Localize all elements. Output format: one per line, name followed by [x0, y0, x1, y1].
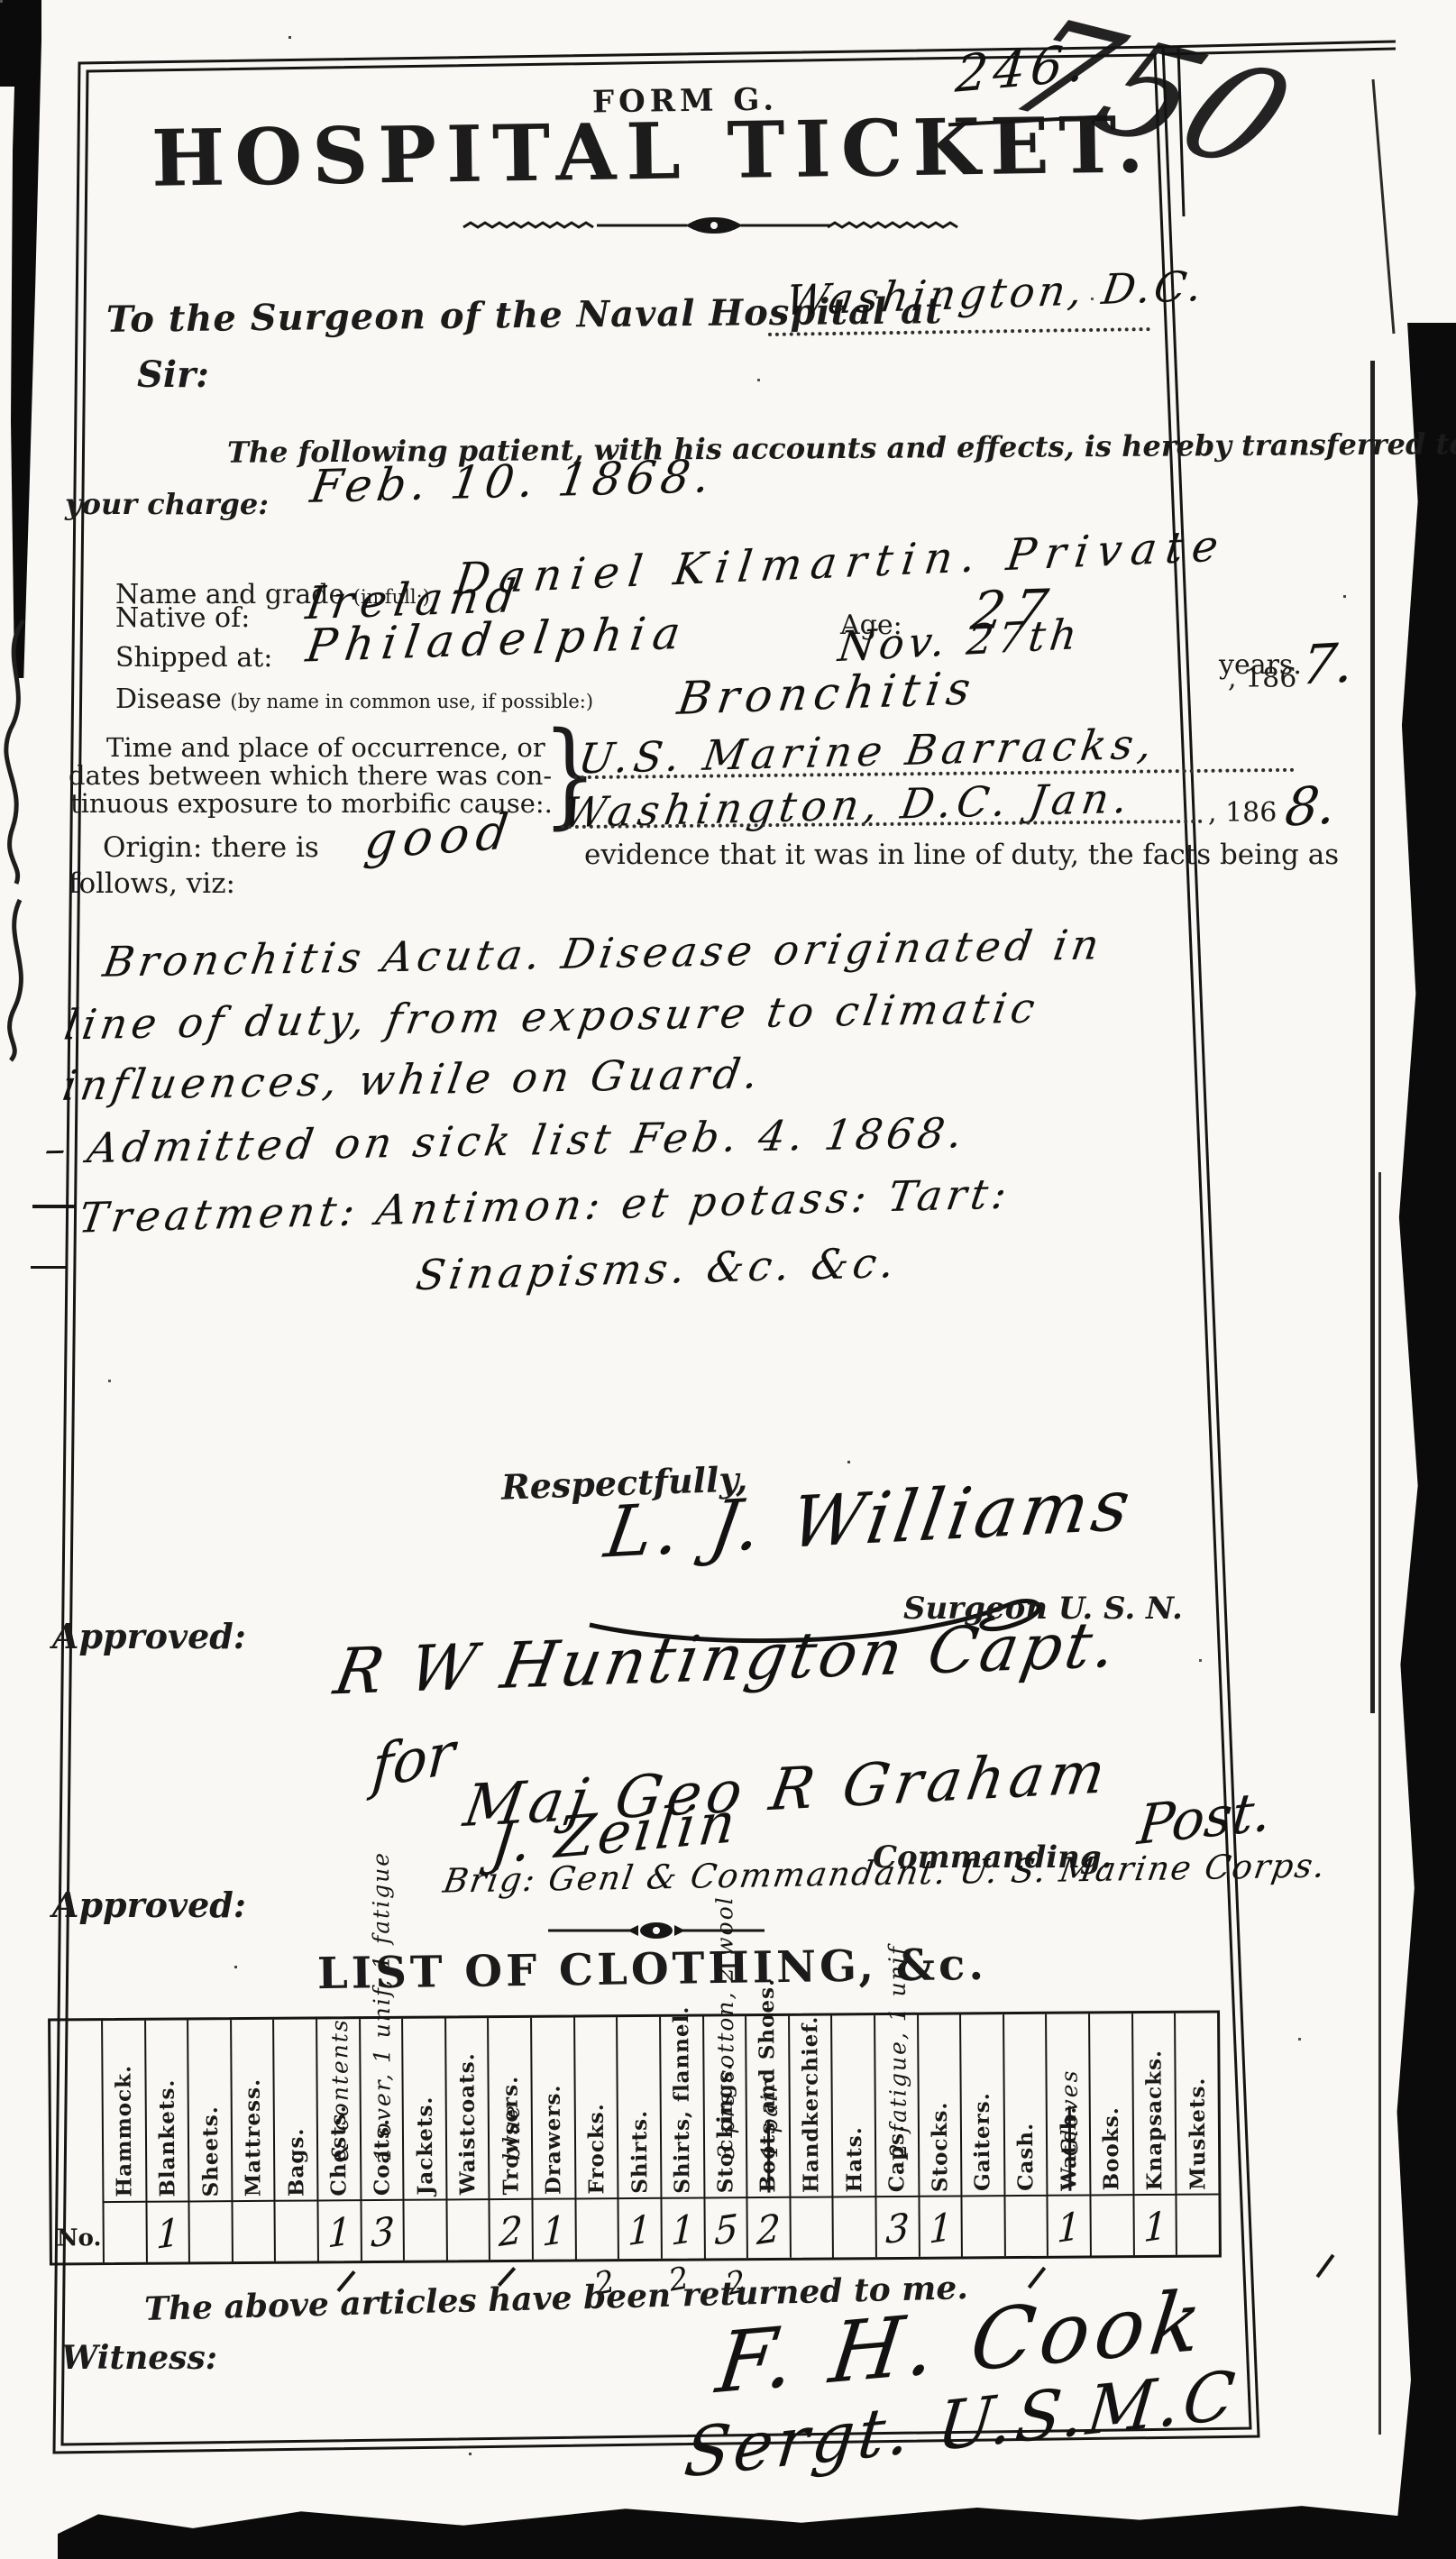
- margin-dash: [31, 1266, 67, 1269]
- clothing-column-value: [791, 2197, 833, 2261]
- year-digit-2: 8.: [1282, 774, 1340, 838]
- scan-streak-right: [1370, 361, 1375, 1713]
- disease-label-text: Disease: [115, 683, 222, 715]
- clothing-column-label: Waistcoats.: [455, 2052, 481, 2195]
- clothing-column-annotation: blue: [499, 2104, 525, 2160]
- approved-label-2: Approved:: [52, 1885, 246, 1925]
- approved-label-1: Approved:: [52, 1616, 246, 1656]
- clothing-column-value: 3: [362, 2199, 404, 2264]
- clothing-column-value: 1: [533, 2198, 575, 2263]
- native-label: Native of:: [115, 602, 250, 634]
- margin-script: [0, 613, 40, 1064]
- no-label: No.: [57, 2224, 102, 2252]
- clothing-column-value: 1: [318, 2199, 361, 2264]
- disease-value: Bronchitis: [674, 662, 980, 725]
- clothing-column: Books.: [1088, 2013, 1132, 2255]
- clothing-column-value: 2: [747, 2197, 790, 2261]
- clothing-column: Blankets.1: [144, 2020, 188, 2261]
- clothing-column-value: 1: [1048, 2195, 1090, 2260]
- clothing-column: Drawers.1: [530, 2017, 574, 2259]
- clothing-column-annotation: 2 fatigue, 1 unif: [884, 1945, 911, 2158]
- clothing-column: Cash.: [1003, 2014, 1047, 2256]
- clothing-column-label: Shirts, flannel.: [669, 2005, 694, 2193]
- clothing-column-value: 1: [1134, 2194, 1177, 2259]
- clothing-column-label: Frocks.: [584, 2103, 609, 2194]
- clothing-no-column: No.: [50, 2021, 103, 2262]
- clothing-column-value: 1: [147, 2201, 189, 2266]
- clothing-column-value: 2: [490, 2198, 533, 2263]
- clothing-column: Gaiters.: [959, 2014, 1003, 2256]
- scanned-document-page: FORM G. HOSPITAL TICKET. 246. 750 To the…: [0, 0, 1456, 2559]
- clothing-column: Bags.: [273, 2019, 317, 2261]
- clothing-column: Shirts.1: [616, 2017, 660, 2259]
- clothing-column-value: [576, 2197, 618, 2262]
- clothing-column: Jackets.: [401, 2018, 445, 2260]
- scan-streak-right-2: [1378, 1172, 1381, 2435]
- clothing-column: Mattress.: [230, 2020, 274, 2261]
- shipped-label: Shipped at:: [115, 642, 272, 674]
- clothing-column-value: 3: [876, 2196, 919, 2261]
- clothing-column-annotation: & contents: [326, 2018, 353, 2161]
- clothing-column-label: Cash.: [1013, 2123, 1039, 2191]
- clothing-column-label: Muskets.: [1185, 2077, 1210, 2189]
- year-prefix-2: , 186: [1208, 797, 1277, 829]
- clothing-column-value: 5: [705, 2197, 747, 2261]
- clothing-column-value: [1091, 2194, 1133, 2259]
- clothing-column-label: Blankets.: [154, 2079, 179, 2197]
- clothing-column-annotation: 1 pair: [755, 2080, 783, 2159]
- clothing-column-value: 1: [618, 2197, 661, 2262]
- witness-label: Witness:: [61, 2339, 217, 2377]
- margin-dash: [32, 1205, 76, 1208]
- year-prefix-1: , 186: [1228, 663, 1296, 694]
- clothing-column: Hammock.: [101, 2021, 145, 2262]
- clothing-column-label: Drawers.: [541, 2084, 566, 2195]
- clothing-column: Frocks.: [573, 2017, 618, 2259]
- clothing-column-label: Mattress.: [241, 2078, 266, 2197]
- disease-paren: (by name in common use, if possible:): [230, 691, 593, 712]
- clothing-column-label: Handkerchief.: [798, 2015, 823, 2192]
- clothing-column: Hats.: [830, 2015, 875, 2257]
- clothing-column-value: [962, 2195, 1004, 2260]
- clothing-column-label: Hammock.: [112, 2065, 137, 2197]
- clothing-column-label: Knapsacks.: [1141, 2049, 1167, 2190]
- transfer-line-2: your charge:: [65, 487, 269, 521]
- clothing-column: Knapsacks.1: [1131, 2013, 1176, 2255]
- occurrence-label-2: dates between which there was con-: [69, 760, 552, 791]
- clothing-column-label: Gaiters.: [970, 2093, 995, 2192]
- scan-speckles: [0, 0, 3, 3]
- title-ornament: [462, 215, 966, 236]
- clothing-column-label: Hats.: [842, 2126, 867, 2192]
- clothing-column-value: 1: [662, 2197, 704, 2262]
- clothing-column-label: Stocks.: [928, 2101, 953, 2192]
- clothing-column-value: [104, 2201, 146, 2266]
- clothing-column-value: [1005, 2195, 1048, 2260]
- origin-suffix-2: follows, viz:: [69, 867, 235, 900]
- clothing-column: Boots and Shoes.1 pair2: [745, 2016, 789, 2258]
- clothing-column: Chests.& contents1: [316, 2019, 360, 2261]
- clothing-column-value: [275, 2200, 317, 2265]
- year-digit-1: 7.: [1298, 631, 1358, 698]
- clothing-column: Stockings.3 prs cotton, 2 wool5: [702, 2016, 746, 2258]
- clothing-column-label: Sheets.: [197, 2105, 223, 2197]
- clothing-column-value: [189, 2200, 232, 2265]
- clothing-column: Stocks.1: [917, 2014, 961, 2256]
- transfer-date-value: Feb. 10. 1868.: [307, 450, 719, 513]
- clothing-column-value: 1: [920, 2196, 962, 2261]
- clothing-column-label: Books.: [1099, 2106, 1124, 2190]
- clothing-column-value: [233, 2200, 275, 2265]
- clothing-column-annotation: 1 over, 1 unif, 1 fatigue: [368, 1851, 396, 2161]
- clothing-column-value: [833, 2196, 875, 2261]
- clothing-column: Muskets.: [1174, 2013, 1218, 2254]
- clothing-column-label: Jackets.: [412, 2096, 437, 2196]
- sir-label: Sir:: [137, 353, 209, 396]
- clothing-column-label: Shirts.: [627, 2110, 652, 2194]
- origin-label: Origin: there is: [103, 831, 319, 864]
- clothing-column-value: [1177, 2194, 1219, 2259]
- clothing-column-annotation: Gloves: [1057, 2069, 1084, 2157]
- clothing-column-value: [404, 2199, 446, 2264]
- clothing-column-value: [447, 2198, 490, 2263]
- clothing-column: Handkerchief.: [788, 2015, 832, 2257]
- origin-value: good: [362, 803, 519, 870]
- clothing-table: No. Hammock.Blankets.1Sheets.Mattress.Ba…: [48, 2010, 1222, 2265]
- clothing-column: Waistcoats.: [444, 2018, 489, 2260]
- origin-suffix-1: evidence that it was in line of duty, th…: [584, 839, 1339, 871]
- clothing-column: Sheets.: [187, 2020, 231, 2261]
- clothing-column: Shirts, flannel.1: [659, 2016, 703, 2258]
- clothing-column: Coats.1 over, 1 unif, 1 fatigue3: [359, 2019, 403, 2261]
- clothing-column-annotation: 3 prs cotton, 2 wool: [711, 1895, 739, 2159]
- occurrence-label-1: Time and place of occurrence, or: [106, 732, 545, 763]
- clothing-column: Caps.2 fatigue, 1 unif3: [874, 2015, 918, 2257]
- clothing-column: Watch.Gloves1: [1045, 2013, 1089, 2255]
- clothing-column-label: Bags.: [284, 2127, 309, 2197]
- disease-label: Disease (by name in common use, if possi…: [115, 683, 593, 715]
- clothing-column: Trowsers.blue2: [488, 2018, 532, 2260]
